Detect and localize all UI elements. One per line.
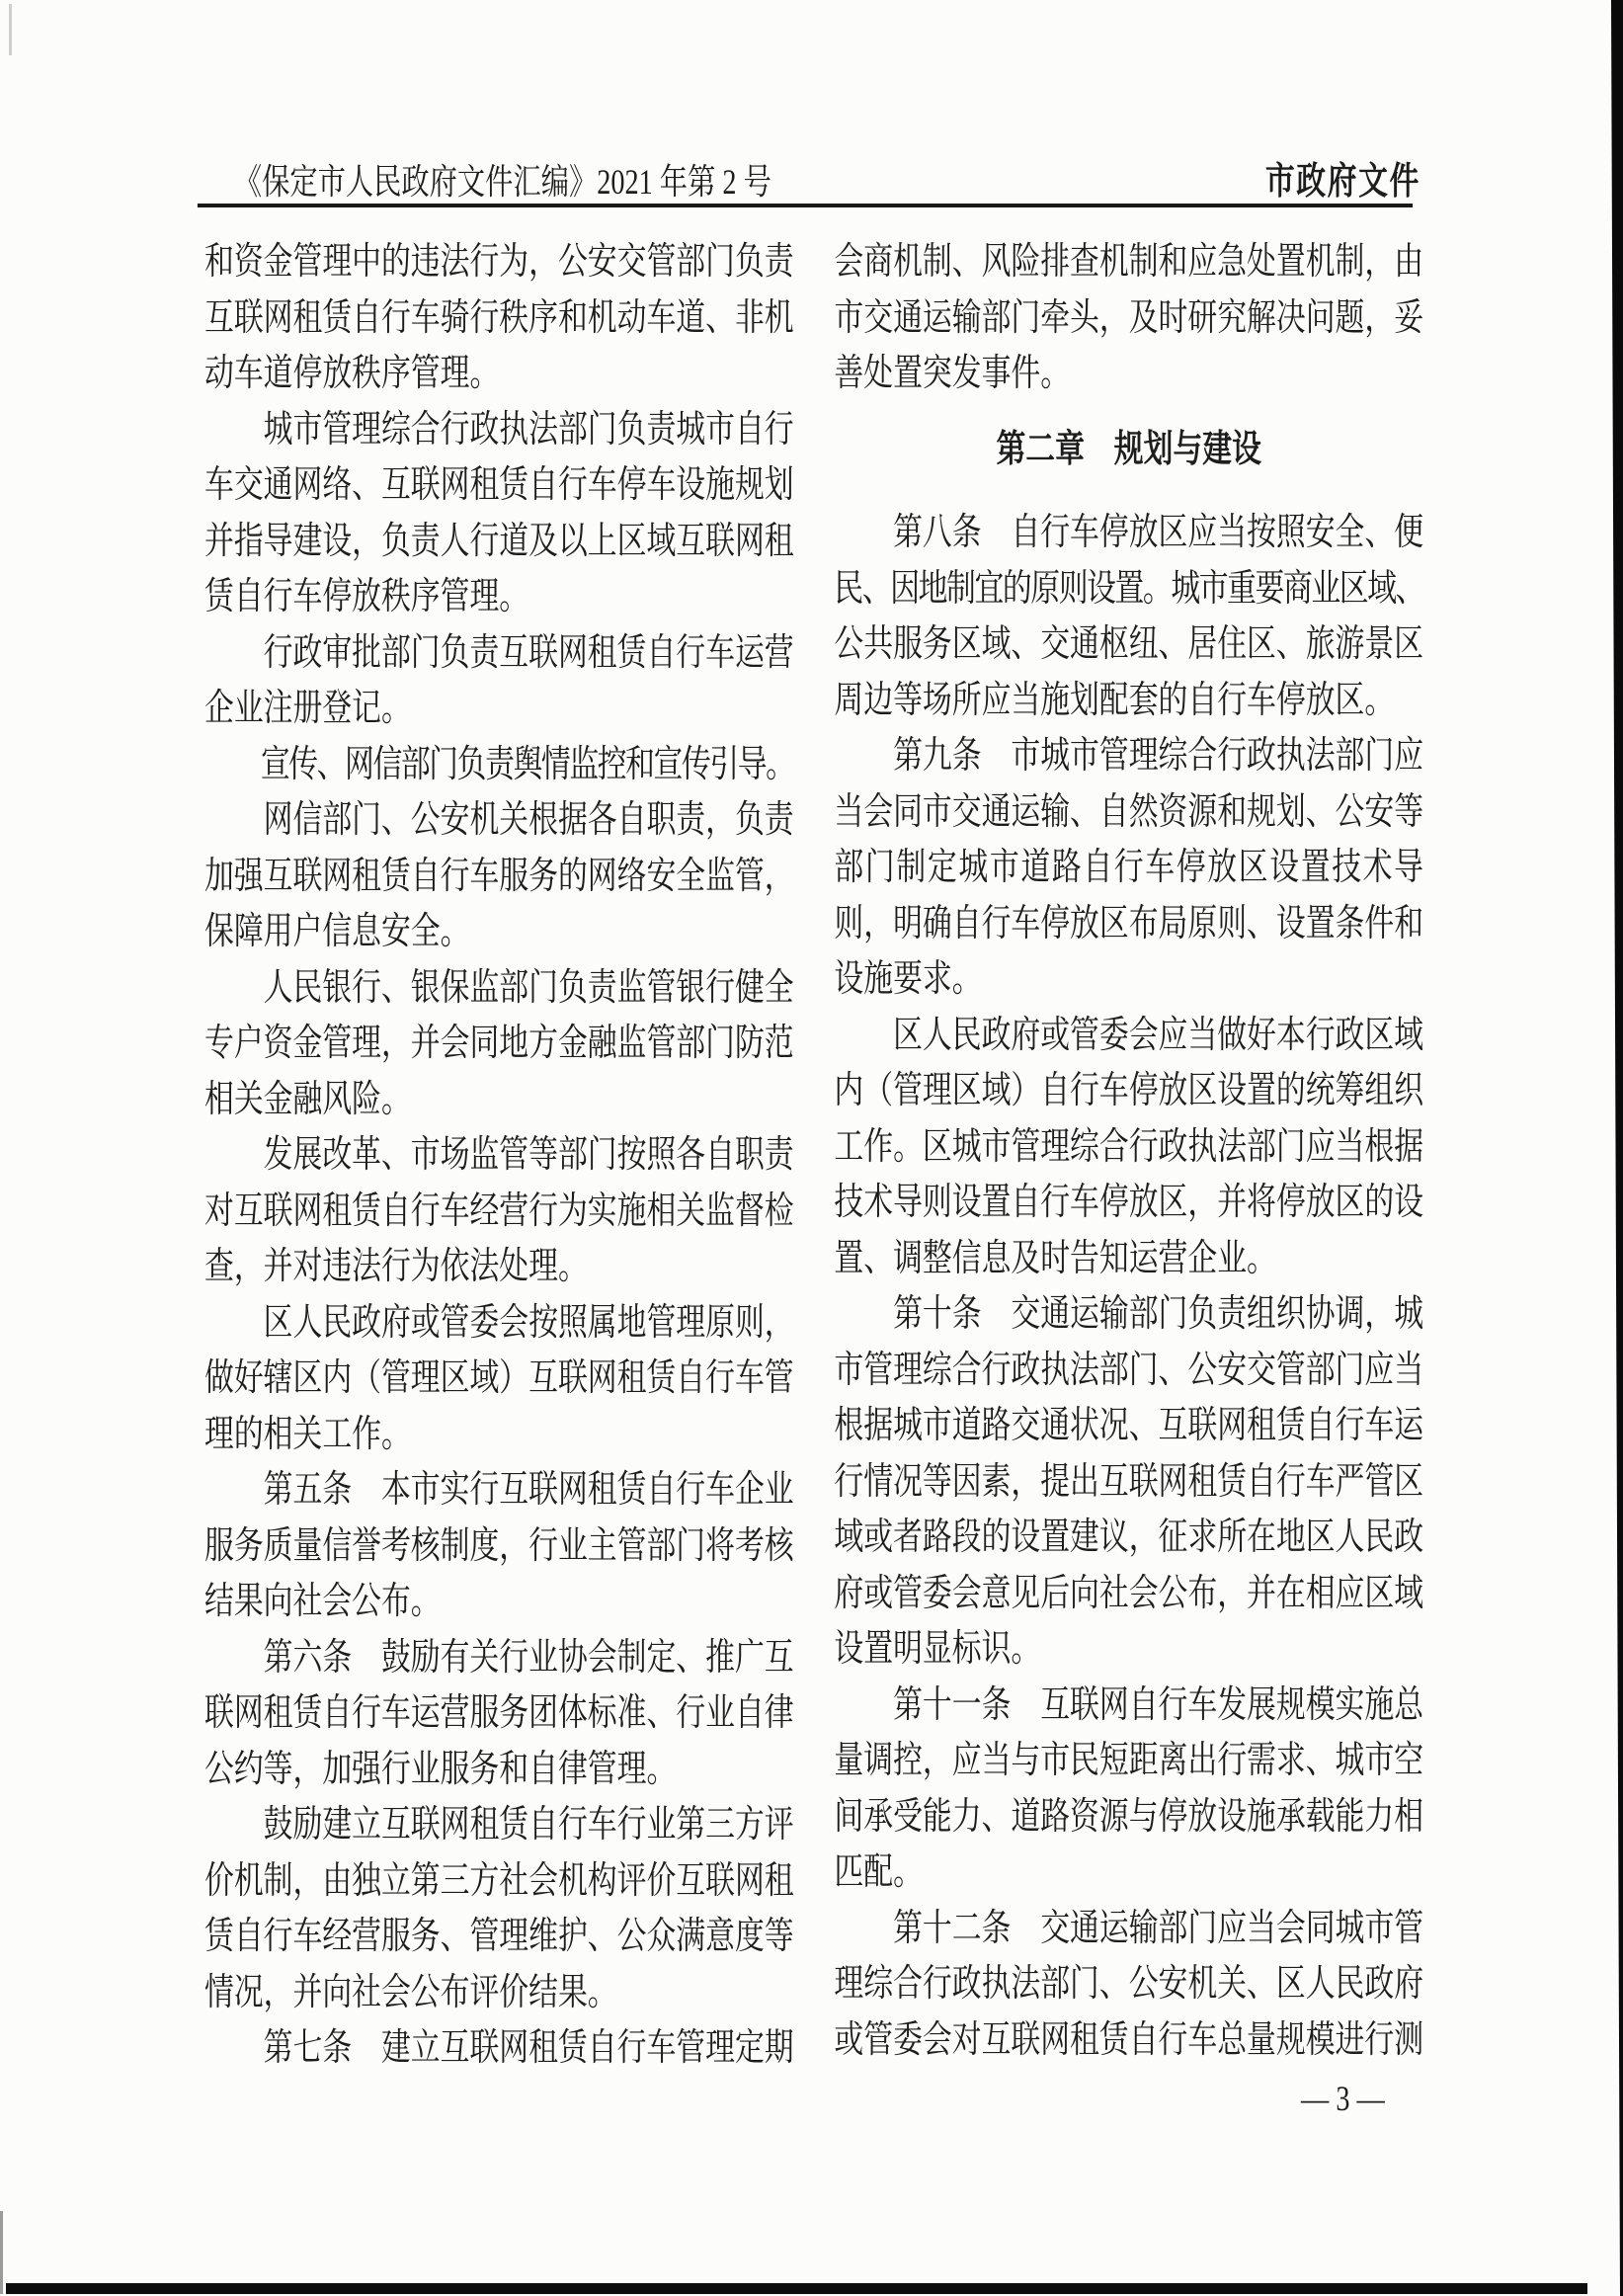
text-line: 置、调整信息及时告知运营企业。 — [834, 1231, 1423, 1287]
text-line: 善处置突发事件。 — [834, 346, 1423, 402]
paragraph: 宣传、网信部门负责舆情监控和宣传引导。 — [204, 737, 794, 793]
text-line: 府或管委会意见后向社会公布，并在相应区域 — [834, 1566, 1423, 1622]
text-line: 服务质量信誉考核制度，行业主管部门将考核 — [204, 1518, 794, 1575]
text-line: 加强互联网租赁自行车服务的网络安全监管， — [204, 849, 794, 905]
text-line: 第八条 自行车停放区应当按照安全、便 — [834, 505, 1423, 561]
text-line: 则，明确自行车停放区布局原则、设置条件和 — [834, 896, 1423, 952]
paragraph: 第八条 自行车停放区应当按照安全、便民、因地制宜的原则设置。城市重要商业区域、公… — [834, 505, 1423, 728]
text-line: 当会同市交通运输、自然资源和规划、公安等 — [834, 784, 1423, 841]
text-line: 宣传、网信部门负责舆情监控和宣传引导。 — [204, 737, 794, 793]
text-line: 第十一条 互联网自行车发展规模实施总 — [834, 1678, 1423, 1734]
paragraph: 第九条 市城市管理综合行政执法部门应当会同市交通运输、自然资源和规划、公安等部门… — [834, 728, 1423, 1008]
text-line: 动车道停放秩序管理。 — [204, 346, 794, 402]
text-line: 公约等，加强行业服务和自律管理。 — [204, 1742, 794, 1798]
paragraph: 区人民政府或管委会应当做好本行政区域内（管理区域）自行车停放区设置的统筹组织工作… — [834, 1008, 1423, 1287]
text-line: 行政审批部门负责互联网租赁自行车运营 — [204, 625, 794, 682]
text-line: 联网租赁自行车运营服务团体标准、行业自律 — [204, 1685, 794, 1742]
document-page: 《保定市人民政府文件汇编》2021 年第 2 号 市政府文件 和资金管理中的违法… — [0, 0, 1623, 2296]
scan-right-edge — [1611, 0, 1623, 2296]
page-content: 《保定市人民政府文件汇编》2021 年第 2 号 市政府文件 和资金管理中的违法… — [204, 0, 1423, 2296]
text-line: 结果向社会公布。 — [204, 1574, 794, 1630]
paragraph: 第十二条 交通运输部门应当会同城市管理综合行政执法部门、公安机关、区人民政府或管… — [834, 1901, 1423, 2069]
page-number: — 3 — — [1301, 2079, 1385, 2118]
header-rule — [198, 204, 1413, 207]
text-line: 部门制定城市道路自行车停放区设置技术导 — [834, 840, 1423, 896]
text-line: 行情况等因素，提出互联网租赁自行车严管区 — [834, 1454, 1423, 1511]
paragraph: 区人民政府或管委会按照属地管理原则，做好辖区内（管理区域）互联网租赁自行车管理的… — [204, 1295, 794, 1463]
text-line: 第十二条 交通运输部门应当会同城市管 — [834, 1901, 1423, 1957]
scan-left-edge-mark — [0, 2211, 3, 2294]
text-line: 企业注册登记。 — [204, 681, 794, 737]
paragraph: 第五条 本市实行互联网租赁自行车企业服务质量信誉考核制度，行业主管部门将考核结果… — [204, 1462, 794, 1630]
page-footer: — 3 — — [834, 2071, 1423, 2126]
text-line: 区人民政府或管委会按照属地管理原则， — [204, 1295, 794, 1352]
text-line: 公共服务区域、交通枢纽、居住区、旅游景区 — [834, 616, 1423, 673]
text-line: 发展改革、市场监管等部门按照各自职责 — [204, 1127, 794, 1184]
text-line: 查，并对违法行为依法处理。 — [204, 1239, 794, 1295]
text-line: 并指导建设，负责人行道及以上区域互联网租 — [204, 514, 794, 570]
paragraph: 发展改革、市场监管等部门按照各自职责对互联网租赁自行车经营行为实施相关监督检查，… — [204, 1127, 794, 1295]
text-line: 和资金管理中的违法行为，公安交管部门负责 — [204, 234, 794, 290]
text-line: 周边等场所应当施划配套的自行车停放区。 — [834, 673, 1423, 729]
chapter-heading: 第二章 规划与建设 — [834, 422, 1423, 478]
paragraph: 行政审批部门负责互联网租赁自行车运营企业注册登记。 — [204, 625, 794, 737]
text-line: 相关金融风险。 — [204, 1072, 794, 1128]
text-line: 鼓励建立互联网租赁自行车行业第三方评 — [204, 1797, 794, 1853]
paragraph: 会商机制、风险排查机制和应急处置机制，由市交通运输部门牵头，及时研究解决问题，妥… — [834, 234, 1423, 402]
text-line: 赁自行车经营服务、管理维护、公众满意度等 — [204, 1909, 794, 1965]
paragraph: 城市管理综合行政执法部门负责城市自行车交通网络、互联网租赁自行车停车设施规划并指… — [204, 402, 794, 625]
paragraph: 和资金管理中的违法行为，公安交管部门负责互联网租赁自行车骑行秩序和机动车道、非机… — [204, 234, 794, 402]
left-column: 和资金管理中的违法行为，公安交管部门负责互联网租赁自行车骑行秩序和机动车道、非机… — [204, 234, 794, 2077]
text-line: 理的相关工作。 — [204, 1407, 794, 1463]
text-line: 技术导则设置自行车停放区，并将停放区的设 — [834, 1175, 1423, 1231]
text-line: 市管理综合行政执法部门、公安交管部门应当 — [834, 1343, 1423, 1399]
scan-topleft-mark — [9, 4, 12, 55]
text-line: 域或者路段的设置建议，征求所在地区人民政 — [834, 1510, 1423, 1566]
text-line: 第二章 规划与建设 — [834, 422, 1423, 478]
paragraph: 第十条 交通运输部门负责组织协调，城市管理综合行政执法部门、公安交管部门应当根据… — [834, 1286, 1423, 1678]
text-line: 内（管理区域）自行车停放区设置的统筹组织 — [834, 1063, 1423, 1119]
text-line: 车交通网络、互联网租赁自行车停车设施规划 — [204, 457, 794, 514]
page-header: 《保定市人民政府文件汇编》2021 年第 2 号 市政府文件 — [204, 161, 1423, 203]
text-columns: 和资金管理中的违法行为，公安交管部门负责互联网租赁自行车骑行秩序和机动车道、非机… — [204, 234, 1423, 2077]
text-line: 根据城市道路交通状况、互联网租赁自行车运 — [834, 1398, 1423, 1454]
text-line: 人民银行、银保监部门负责监管银行健全 — [204, 960, 794, 1017]
text-line: 价机制，由独立第三方社会机构评价互联网租 — [204, 1853, 794, 1910]
text-line: 间承受能力、道路资源与停放设施承载能力相 — [834, 1789, 1423, 1845]
paragraph: 鼓励建立互联网租赁自行车行业第三方评价机制，由独立第三方社会机构评价互联网租赁自… — [204, 1797, 794, 2020]
text-line: 工作。区城市管理综合行政执法部门应当根据 — [834, 1119, 1423, 1176]
text-line: 量调控，应当与市民短距离出行需求、城市空 — [834, 1733, 1423, 1789]
paragraph: 第六条 鼓励有关行业协会制定、推广互联网租赁自行车运营服务团体标准、行业自律公约… — [204, 1630, 794, 1798]
paragraph: 第七条 建立互联网租赁自行车管理定期 — [204, 2020, 794, 2077]
text-line: 保障用户信息安全。 — [204, 904, 794, 960]
paragraph: 网信部门、公安机关根据各自职责，负责加强互联网租赁自行车服务的网络安全监管，保障… — [204, 792, 794, 960]
text-line: 对互联网租赁自行车经营行为实施相关监督检 — [204, 1184, 794, 1240]
text-line: 或管委会对互联网租赁自行车总量规模进行测 — [834, 2012, 1423, 2069]
text-line: 互联网租赁自行车骑行秩序和机动车道、非机 — [204, 290, 794, 347]
text-line: 情况，并向社会公布评价结果。 — [204, 1965, 794, 2021]
text-line: 网信部门、公安机关根据各自职责，负责 — [204, 792, 794, 849]
text-line: 做好辖区内（管理区域）互联网租赁自行车管 — [204, 1351, 794, 1407]
text-line: 民、因地制宜的原则设置。城市重要商业区域、 — [834, 561, 1423, 617]
paragraph: 第十一条 互联网自行车发展规模实施总量调控，应当与市民短距离出行需求、城市空间承… — [834, 1678, 1423, 1901]
text-line: 会商机制、风险排查机制和应急处置机制，由 — [834, 234, 1423, 290]
text-line: 理综合行政执法部门、公安机关、区人民政府 — [834, 1956, 1423, 2012]
text-line: 设施要求。 — [834, 951, 1423, 1008]
text-line: 市交通运输部门牵头，及时研究解决问题，妥 — [834, 290, 1423, 347]
header-publication-title: 《保定市人民政府文件汇编》2021 年第 2 号 — [204, 161, 771, 203]
text-line: 匹配。 — [834, 1845, 1423, 1901]
text-line: 赁自行车停放秩序管理。 — [204, 569, 794, 625]
paragraph: 人民银行、银保监部门负责监管银行健全专户资金管理，并会同地方金融监管部门防范相关… — [204, 960, 794, 1128]
text-line: 第十条 交通运输部门负责组织协调，城 — [834, 1286, 1423, 1343]
text-line: 第六条 鼓励有关行业协会制定、推广互 — [204, 1630, 794, 1686]
right-column: 会商机制、风险排查机制和应急处置机制，由市交通运输部门牵头，及时研究解决问题，妥… — [834, 234, 1423, 2077]
text-line: 第九条 市城市管理综合行政执法部门应 — [834, 728, 1423, 784]
text-line: 城市管理综合行政执法部门负责城市自行 — [204, 402, 794, 458]
text-line: 设置明显标识。 — [834, 1621, 1423, 1678]
text-line: 第五条 本市实行互联网租赁自行车企业 — [204, 1462, 794, 1518]
text-line: 专户资金管理，并会同地方金融监管部门防范 — [204, 1016, 794, 1072]
header-category-label: 市政府文件 — [1265, 161, 1423, 203]
text-line: 区人民政府或管委会应当做好本行政区域 — [834, 1008, 1423, 1064]
text-line: 第七条 建立互联网租赁自行车管理定期 — [204, 2020, 794, 2077]
